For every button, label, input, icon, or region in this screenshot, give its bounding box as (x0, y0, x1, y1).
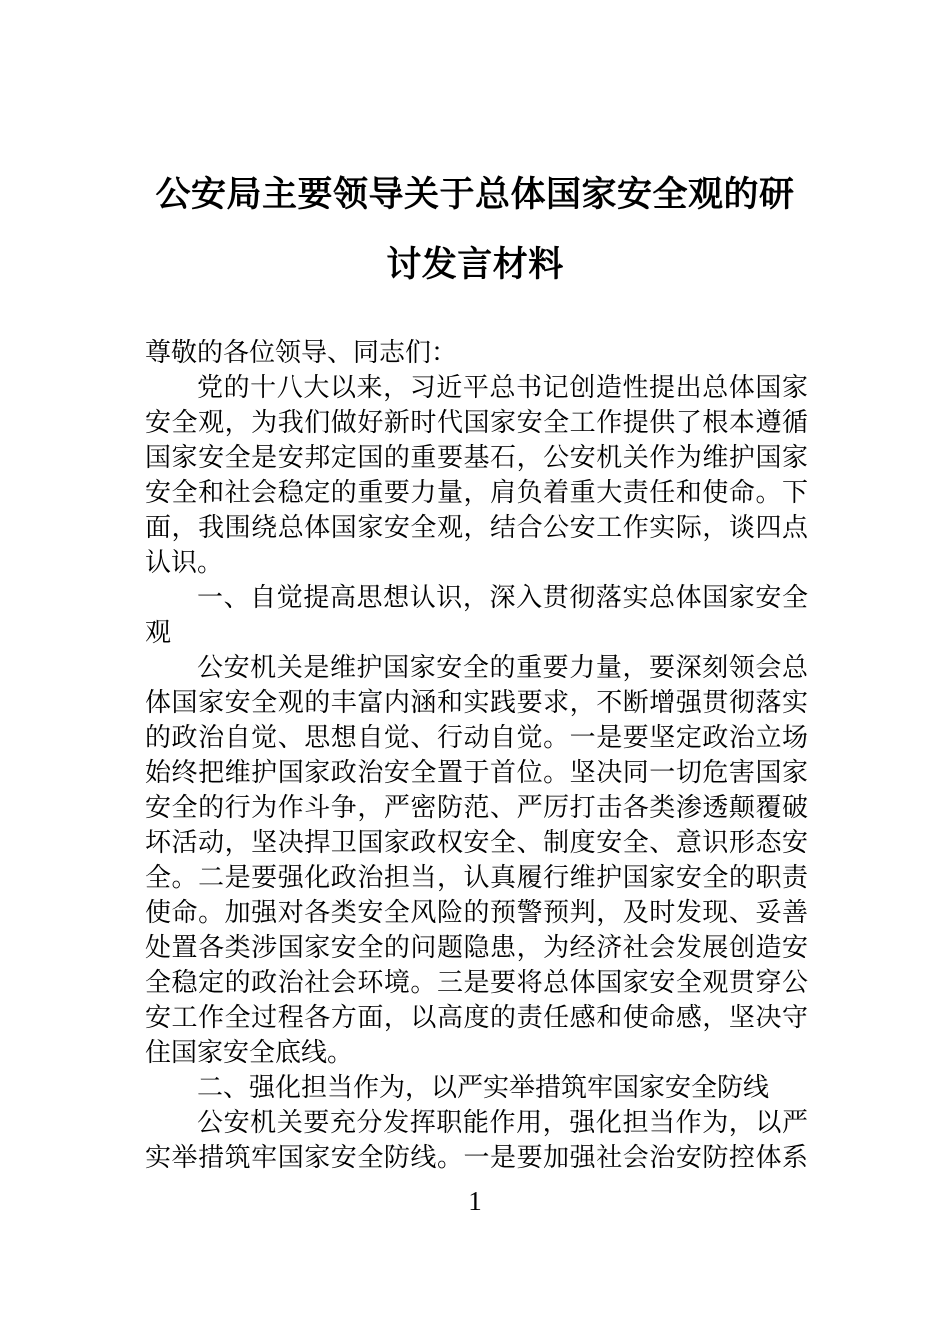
document-body: 尊敬的各位领导、同志们：党的十八大以来，习近平总书记创造性提出总体国家安全观，为… (145, 336, 808, 1176)
salutation-line: 尊敬的各位领导、同志们： (145, 336, 808, 371)
page-number: 1 (0, 1186, 950, 1216)
body-text-line: 安全和社会稳定的重要力量，肩负着重大责任和使命。下 (145, 476, 808, 511)
body-text-line: 体国家安全观的丰富内涵和实践要求，不断增强贯彻落实 (145, 686, 808, 721)
document-title-line-1: 公安局主要领导关于总体国家安全观的研 (0, 160, 950, 230)
body-text-line: 始终把维护国家政治安全置于首位。坚决同一切危害国家 (145, 756, 808, 791)
document-title: 公安局主要领导关于总体国家安全观的研 讨发言材料 (0, 160, 950, 300)
body-text-line: 安全观，为我们做好新时代国家安全工作提供了根本遵循 (145, 406, 808, 441)
body-text-line: 住国家安全底线。 (145, 1036, 808, 1071)
document-title-line-2: 讨发言材料 (0, 230, 950, 300)
body-text-line: 全稳定的政治社会环境。三是要将总体国家安全观贯穿公 (145, 966, 808, 1001)
body-text-line: 安工作全过程各方面，以高度的责任感和使命感，坚决守 (145, 1001, 808, 1036)
body-text-line: 的政治自觉、思想自觉、行动自觉。一是要坚定政治立场 (145, 721, 808, 756)
document-page: 公安局主要领导关于总体国家安全观的研 讨发言材料 尊敬的各位领导、同志们：党的十… (0, 0, 950, 1344)
body-text-line: 面，我围绕总体国家安全观，结合公安工作实际，谈四点 (145, 511, 808, 546)
body-text-line: 安全的行为作斗争，严密防范、严厉打击各类渗透颠覆破 (145, 791, 808, 826)
body-text-line: 国家安全是安邦定国的重要基石，公安机关作为维护国家 (145, 441, 808, 476)
body-text-line: 使命。加强对各类安全风险的预警预判，及时发现、妥善 (145, 896, 808, 931)
section-heading-line: 一、自觉提高思想认识，深入贯彻落实总体国家安全 (145, 581, 808, 616)
body-text-line: 处置各类涉国家安全的问题隐患，为经济社会发展创造安 (145, 931, 808, 966)
body-text-line: 公安机关是维护国家安全的重要力量，要深刻领会总 (145, 651, 808, 686)
section-heading-line: 观 (145, 616, 808, 651)
body-text-line: 坏活动，坚决捍卫国家政权安全、制度安全、意识形态安 (145, 826, 808, 861)
body-text-line: 实举措筑牢国家安全防线。一是要加强社会治安防控体系 (145, 1141, 808, 1176)
body-text-line: 全。二是要强化政治担当，认真履行维护国家安全的职责 (145, 861, 808, 896)
body-text-line: 公安机关要充分发挥职能作用，强化担当作为，以严 (145, 1106, 808, 1141)
section-heading-line: 二、强化担当作为，以严实举措筑牢国家安全防线 (145, 1071, 808, 1106)
body-text-line: 认识。 (145, 546, 808, 581)
body-text-line: 党的十八大以来，习近平总书记创造性提出总体国家 (145, 371, 808, 406)
